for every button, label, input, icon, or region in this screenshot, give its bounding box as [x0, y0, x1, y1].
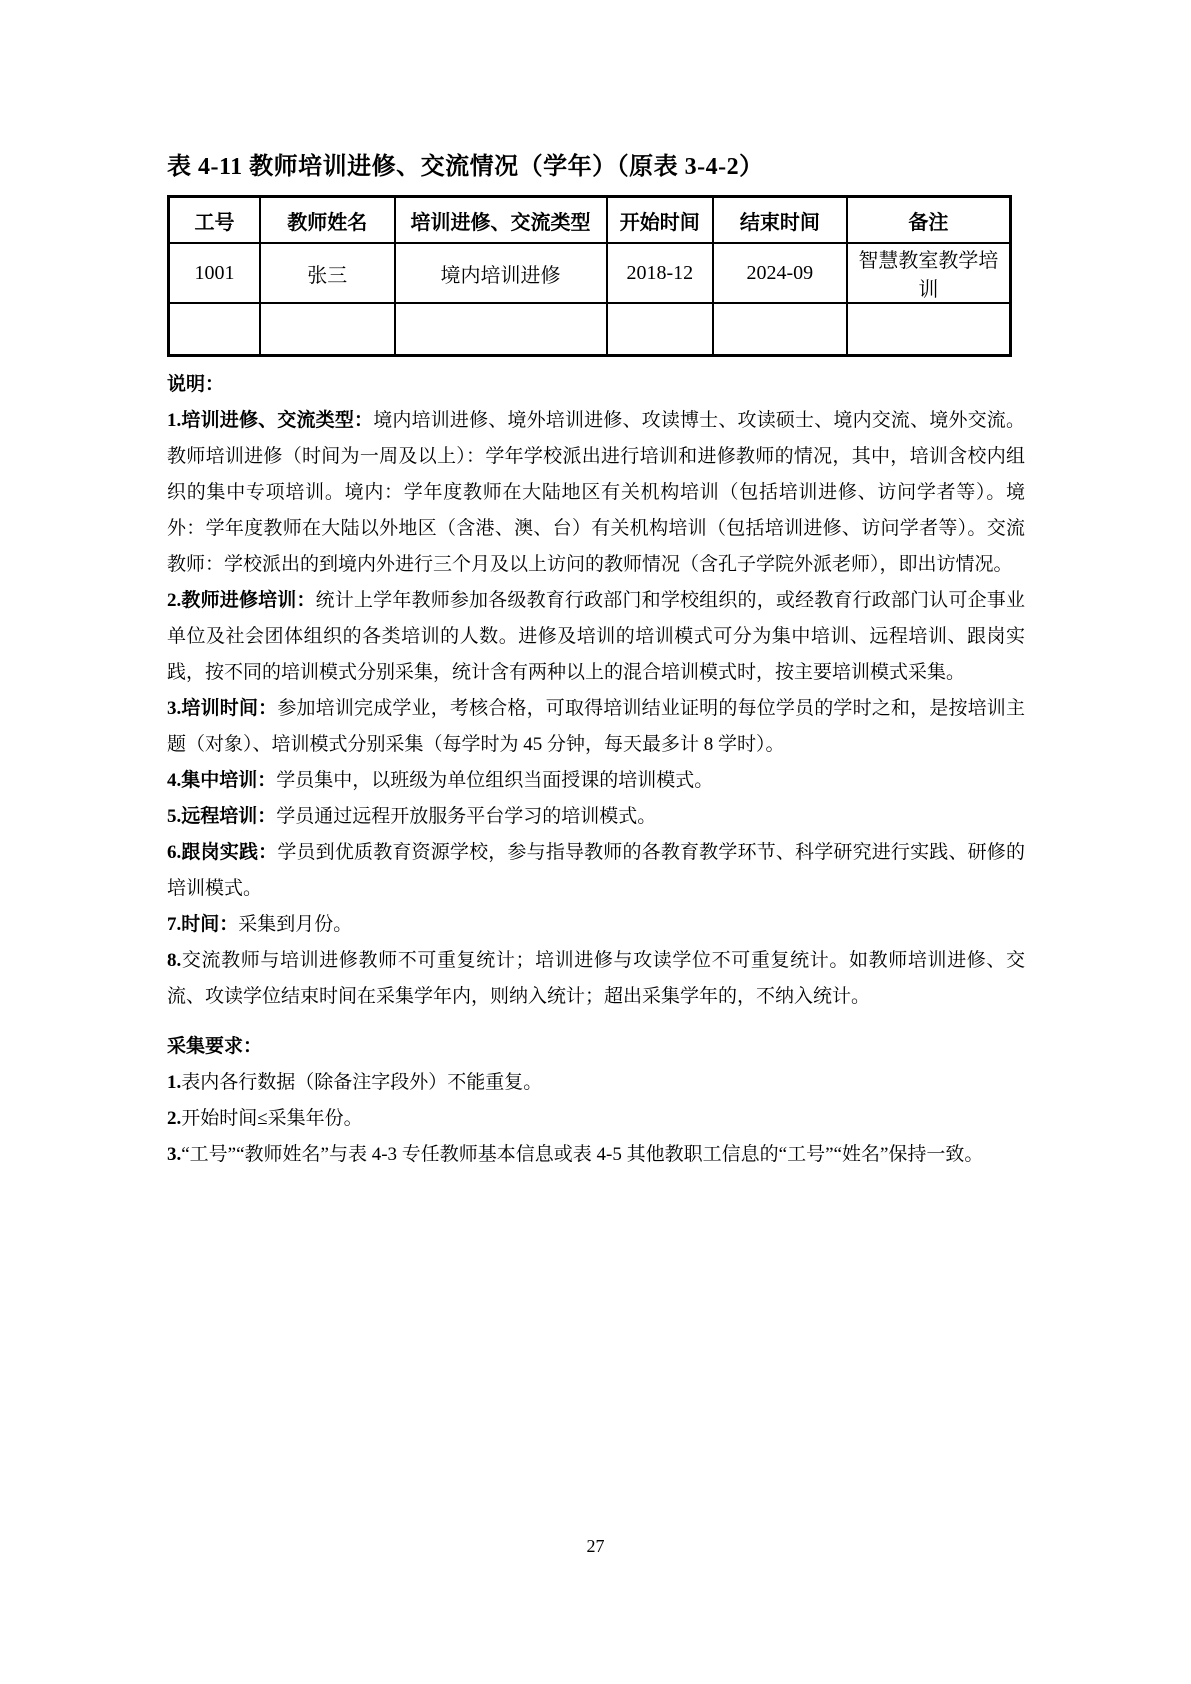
page-content: 表 4-11 教师培训进修、交流情况（学年）（原表 3-4-2） 工号 教师姓名… — [167, 146, 1025, 1173]
note-item-lead: 6.跟岗实践： — [167, 842, 277, 863]
note-item-lead: 2.教师进修培训： — [167, 590, 316, 611]
note-item-lead: 1.培训进修、交流类型： — [167, 410, 373, 431]
header-cell-start-time: 开始时间 — [607, 197, 714, 244]
note-item-lead: 8. — [167, 950, 181, 971]
document-page: 表 4-11 教师培训进修、交流情况（学年）（原表 3-4-2） 工号 教师姓名… — [0, 0, 1191, 1684]
header-cell-staff-id: 工号 — [169, 197, 260, 244]
note-item-text: 境内培训进修、境外培训进修、攻读博士、攻读硕士、境内交流、境外交流。教师培训进修… — [167, 410, 1025, 575]
requirement-item: 3.“工号”“教师姓名”与表 4-3 专任教师基本信息或表 4-5 其他教职工信… — [167, 1137, 1025, 1173]
page-title: 表 4-11 教师培训进修、交流情况（学年）（原表 3-4-2） — [167, 146, 1025, 181]
requirement-item-text: 开始时间≤采集年份。 — [181, 1108, 362, 1129]
note-item-text: 学员集中，以班级为单位组织当面授课的培训模式。 — [276, 770, 713, 791]
note-item-text: 采集到月份。 — [238, 914, 352, 935]
table-header-row: 工号 教师姓名 培训进修、交流类型 开始时间 结束时间 备注 — [169, 197, 1011, 244]
note-item-text: 参加培训完成学业，考核合格，可取得培训结业证明的每位学员的学时之和，是按培训主题… — [167, 698, 1025, 755]
cell-start-time — [607, 303, 714, 356]
note-item-lead: 4.集中培训： — [167, 770, 276, 791]
cell-end-time: 2024-09 — [713, 243, 847, 303]
requirement-item: 2.开始时间≤采集年份。 — [167, 1101, 1025, 1137]
note-item-text: 学员通过远程开放服务平台学习的培训模式。 — [276, 806, 656, 827]
note-item-lead: 5.远程培训： — [167, 806, 276, 827]
note-item-text: 学员到优质教育资源学校，参与指导教师的各教育教学环节、科学研究进行实践、研修的培… — [167, 842, 1025, 899]
table-row: 1001 张三 境内培训进修 2018-12 2024-09 智慧教室教学培训 — [169, 243, 1011, 303]
table-row-empty — [169, 303, 1011, 356]
requirement-item-text: 表内各行数据（除备注字段外）不能重复。 — [181, 1072, 542, 1093]
note-item: 3.培训时间：参加培训完成学业，考核合格，可取得培训结业证明的每位学员的学时之和… — [167, 691, 1025, 763]
note-item: 1.培训进修、交流类型：境内培训进修、境外培训进修、攻读博士、攻读硕士、境内交流… — [167, 403, 1025, 583]
note-item: 4.集中培训：学员集中，以班级为单位组织当面授课的培训模式。 — [167, 763, 1025, 799]
note-item: 7.时间：采集到月份。 — [167, 907, 1025, 943]
cell-training-type — [395, 303, 607, 356]
note-item: 2.教师进修培训：统计上学年教师参加各级教育行政部门和学校组织的，或经教育行政部… — [167, 583, 1025, 691]
header-cell-teacher-name: 教师姓名 — [260, 197, 395, 244]
cell-end-time — [713, 303, 847, 356]
notes-heading: 说明： — [167, 367, 1025, 403]
cell-teacher-name: 张三 — [260, 243, 395, 303]
requirement-item-text: “工号”“教师姓名”与表 4-3 专任教师基本信息或表 4-5 其他教职工信息的… — [181, 1144, 983, 1165]
note-item-lead: 3.培训时间： — [167, 698, 277, 719]
requirements-heading: 采集要求： — [167, 1029, 1025, 1065]
page-number: 27 — [0, 1536, 1191, 1557]
teacher-training-table: 工号 教师姓名 培训进修、交流类型 开始时间 结束时间 备注 1001 张三 境… — [167, 195, 1012, 357]
note-item: 8.交流教师与培训进修教师不可重复统计；培训进修与攻读学位不可重复统计。如教师培… — [167, 943, 1025, 1015]
note-item-text: 交流教师与培训进修教师不可重复统计；培训进修与攻读学位不可重复统计。如教师培训进… — [167, 950, 1025, 1007]
requirements-section: 采集要求： 1.表内各行数据（除备注字段外）不能重复。 2.开始时间≤采集年份。… — [167, 1029, 1025, 1173]
requirement-item-lead: 3. — [167, 1144, 181, 1165]
cell-remarks: 智慧教室教学培训 — [847, 243, 1011, 303]
cell-start-time: 2018-12 — [607, 243, 714, 303]
note-item: 6.跟岗实践：学员到优质教育资源学校，参与指导教师的各教育教学环节、科学研究进行… — [167, 835, 1025, 907]
header-cell-remarks: 备注 — [847, 197, 1011, 244]
cell-staff-id — [169, 303, 260, 356]
note-item-lead: 7.时间： — [167, 914, 238, 935]
requirement-item: 1.表内各行数据（除备注字段外）不能重复。 — [167, 1065, 1025, 1101]
requirement-item-lead: 2. — [167, 1108, 181, 1129]
notes-section: 说明： 1.培训进修、交流类型：境内培训进修、境外培训进修、攻读博士、攻读硕士、… — [167, 367, 1025, 1015]
header-cell-training-type: 培训进修、交流类型 — [395, 197, 607, 244]
cell-training-type: 境内培训进修 — [395, 243, 607, 303]
note-item: 5.远程培训：学员通过远程开放服务平台学习的培训模式。 — [167, 799, 1025, 835]
cell-teacher-name — [260, 303, 395, 356]
cell-staff-id: 1001 — [169, 243, 260, 303]
requirement-item-lead: 1. — [167, 1072, 181, 1093]
cell-remarks — [847, 303, 1011, 356]
header-cell-end-time: 结束时间 — [713, 197, 847, 244]
